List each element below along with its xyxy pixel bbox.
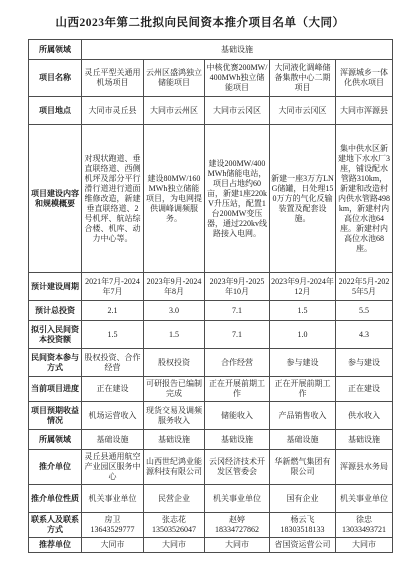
- table-row-promoting-unit-type: 推介单位性质 机关事业单位 民营企业 机关事业单位 国有企业 机关事业单位: [29, 485, 393, 513]
- promoting-unit-type-cell: 国有企业: [270, 485, 336, 513]
- scope-cell: 新建一座3万方LNG储罐，日处理150万方的气化反输装置及配套设施。: [270, 125, 336, 273]
- contact-cell: 张志花 13503526047: [144, 513, 205, 538]
- period-cell: 2023年9月-2024年12月: [270, 273, 336, 301]
- expected-revenue-cell: 现货交易及调频服务收入: [144, 402, 205, 430]
- document-page: 山西2023年第二批拟向民间资本推介项目名单（大同） 所属领域 基础设施 项目名…: [0, 0, 400, 553]
- promoting-unit-cell: 云冈经济技术开发区管委会: [205, 450, 270, 485]
- recommending-unit-cell: 大同市: [144, 538, 205, 553]
- scope-cell: 建设80MW/160MWh独立储能项目，为电网提供调峰调频服务。: [144, 125, 205, 273]
- location-cell: 大同市浑源县: [336, 97, 393, 125]
- table-row-private-capital: 拟引入民间资本投资额 1.5 1.5 7.1 1.0 4.3: [29, 321, 393, 349]
- private-capital-cell: 1.5: [82, 321, 144, 349]
- contact-cell: 杨云飞 18303518133: [270, 513, 336, 538]
- promoting-unit-type-cell: 机关事业单位: [205, 485, 270, 513]
- expected-revenue-cell: 供水收入: [336, 402, 393, 430]
- project-name-cell: 灵丘平型关通用机场项目: [82, 60, 144, 97]
- private-capital-cell: 1.0: [270, 321, 336, 349]
- table-row-contact: 联系人及联系方式 房卫 13643529777 张志花 13503526047 …: [29, 513, 393, 538]
- row-header-project-name: 项目名称: [29, 60, 82, 97]
- promoting-unit-cell: 山西世纪鸿业能源科技有限公司: [144, 450, 205, 485]
- location-cell: 大同市云州区: [144, 97, 205, 125]
- promoting-unit-cell: 浑源县水务局: [336, 450, 393, 485]
- row-header-location: 项目地点: [29, 97, 82, 125]
- location-cell: 大同市云冈区: [270, 97, 336, 125]
- total-investment-cell: 5.5: [336, 301, 393, 321]
- period-cell: 2023年9月-2025年10月: [205, 273, 270, 301]
- recommending-unit-cell: 大同市: [82, 538, 144, 553]
- row-header-promoting-unit: 推介单位: [29, 450, 82, 485]
- progress-cell: 正在建设: [82, 377, 144, 402]
- row-header-participation-mode: 民间资本参与方式: [29, 349, 82, 377]
- expected-revenue-cell: 储能收入: [205, 402, 270, 430]
- promoting-unit-cell: 华新燃气集团有限公司: [270, 450, 336, 485]
- row-header-total-investment: 预计总投资: [29, 301, 82, 321]
- project-name-cell: 浑源城乡一体化供水项目: [336, 60, 393, 97]
- contact-name: 徐忠: [337, 515, 391, 525]
- period-cell: 2021年7月-2024年7月: [82, 273, 144, 301]
- project-table: 所属领域 基础设施 项目名称 灵丘平型关通用机场项目 云州区盛鸿独立储能项目 中…: [28, 39, 393, 553]
- sector-cell: 基础设施: [144, 430, 205, 450]
- progress-cell: 正在开展前期工作: [205, 377, 270, 402]
- scope-cell: 对现状跑道、垂直联络道、西侧机坪及部分平行滑行道进行道面维修改造，新建垂直联络道…: [82, 125, 144, 273]
- table-row-recommending-unit: 推荐单位 大同市 大同市 大同市 省国资运营公司 大同市: [29, 538, 393, 553]
- contact-cell: 徐忠 13033493721: [336, 513, 393, 538]
- contact-name: 赵婷: [206, 515, 268, 525]
- contact-phone: 13033493721: [337, 525, 391, 535]
- table-row-scope: 项目建设内容和规模概要 对现状跑道、垂直联络道、西侧机坪及部分平行滑行道进行道面…: [29, 125, 393, 273]
- table-row-total-investment: 预计总投资 2.1 3.0 7.1 1.5 5.5: [29, 301, 393, 321]
- promoting-unit-cell: 灵丘县通用航空 产业园区服务中心: [82, 450, 144, 485]
- contact-name: 张志花: [145, 515, 203, 525]
- participation-mode-cell: 股权投资: [144, 349, 205, 377]
- table-row-location: 项目地点 大同市灵丘县 大同市云州区 大同市云冈区 大同市云冈区 大同市浑源县: [29, 97, 393, 125]
- recommending-unit-cell: 大同市: [336, 538, 393, 553]
- location-cell: 大同市灵丘县: [82, 97, 144, 125]
- sector-cell: 基础设施: [82, 430, 144, 450]
- project-name-cell: 大同液化调峰储备集散中心二期项目: [270, 60, 336, 97]
- page-title: 山西2023年第二批拟向民间资本推介项目名单（大同）: [0, 14, 400, 30]
- table-row-project-name: 项目名称 灵丘平型关通用机场项目 云州区盛鸿独立储能项目 中核优赛200MW/4…: [29, 60, 393, 97]
- row-header-progress: 当前项目进度: [29, 377, 82, 402]
- recommending-unit-cell: 大同市: [205, 538, 270, 553]
- private-capital-cell: 4.3: [336, 321, 393, 349]
- table-row-sector-top: 所属领域 基础设施: [29, 40, 393, 60]
- table-row-period: 预计建设周期 2021年7月-2024年7月 2023年9月-2024年8月 2…: [29, 273, 393, 301]
- contact-phone: 18334727862: [206, 525, 268, 535]
- scope-cell: 集中供水区新建地下水水厂3座，铺设配水管路310km，新建和改造村内供水管路49…: [336, 125, 393, 273]
- scope-cell: 建设200MW/400MWh储能电站，项目占地约60亩，新建1座220kV升压站…: [205, 125, 270, 273]
- progress-cell: 正在开展前期工作: [270, 377, 336, 402]
- period-cell: 2022年5月-2025年5月: [336, 273, 393, 301]
- period-cell: 2023年9月-2024年8月: [144, 273, 205, 301]
- project-name-cell: 中核优赛200MW/400MWh独立储能项目: [205, 60, 270, 97]
- table-row-promoting-unit: 推介单位 灵丘县通用航空 产业园区服务中心 山西世纪鸿业能源科技有限公司 云冈经…: [29, 450, 393, 485]
- row-header-sector-2: 所属领域: [29, 430, 82, 450]
- table-row-sector-bottom: 所属领域 基础设施 基础设施 基础设施 基础设施 基础设施: [29, 430, 393, 450]
- private-capital-cell: 7.1: [205, 321, 270, 349]
- sector-span-cell: 基础设施: [82, 40, 393, 60]
- row-header-private-capital-amount: 拟引入民间资本投资额: [29, 321, 82, 349]
- contact-phone: 13503526047: [145, 525, 203, 535]
- contact-cell: 赵婷 18334727862: [205, 513, 270, 538]
- row-header-scope: 项目建设内容和规模概要: [29, 125, 82, 273]
- row-header-contact: 联系人及联系方式: [29, 513, 82, 538]
- promoting-unit-type-cell: 机关事业单位: [82, 485, 144, 513]
- progress-cell: 可研报告已编制完成: [144, 377, 205, 402]
- total-investment-cell: 2.1: [82, 301, 144, 321]
- participation-mode-cell: 参与建设: [270, 349, 336, 377]
- table-row-expected-revenue: 项目预期收益情况 机场运营收入 现货交易及调频服务收入 储能收入 产品销售收入 …: [29, 402, 393, 430]
- row-header-expected-revenue: 项目预期收益情况: [29, 402, 82, 430]
- recommending-unit-cell: 省国资运营公司: [270, 538, 336, 553]
- progress-cell: 正在建设: [336, 377, 393, 402]
- participation-mode-cell: 合作经营: [205, 349, 270, 377]
- expected-revenue-cell: 机场运营收入: [82, 402, 144, 430]
- participation-mode-cell: 参与建设: [336, 349, 393, 377]
- table-row-participation-mode: 民间资本参与方式 股权投资、合作经营 股权投资 合作经营 参与建设 参与建设: [29, 349, 393, 377]
- contact-name: 杨云飞: [271, 515, 334, 525]
- row-header-recommending-unit: 推荐单位: [29, 538, 82, 553]
- table-row-progress: 当前项目进度 正在建设 可研报告已编制完成 正在开展前期工作 正在开展前期工作 …: [29, 377, 393, 402]
- promoting-unit-type-cell: 民营企业: [144, 485, 205, 513]
- location-cell: 大同市云冈区: [205, 97, 270, 125]
- sector-cell: 基础设施: [270, 430, 336, 450]
- total-investment-cell: 7.1: [205, 301, 270, 321]
- total-investment-cell: 1.5: [270, 301, 336, 321]
- contact-cell: 房卫 13643529777: [82, 513, 144, 538]
- row-header-sector: 所属领域: [29, 40, 82, 60]
- promoting-unit-type-cell: 机关事业单位: [336, 485, 393, 513]
- sector-cell: 基础设施: [336, 430, 393, 450]
- contact-phone: 18303518133: [271, 525, 334, 535]
- project-name-cell: 云州区盛鸿独立储能项目: [144, 60, 205, 97]
- row-header-construction-period: 预计建设周期: [29, 273, 82, 301]
- expected-revenue-cell: 产品销售收入: [270, 402, 336, 430]
- private-capital-cell: 1.5: [144, 321, 205, 349]
- total-investment-cell: 3.0: [144, 301, 205, 321]
- contact-name: 房卫: [83, 515, 142, 525]
- row-header-promoting-unit-type: 推介单位性质: [29, 485, 82, 513]
- contact-phone: 13643529777: [83, 525, 142, 535]
- participation-mode-cell: 股权投资、合作经营: [82, 349, 144, 377]
- sector-cell: 基础设施: [205, 430, 270, 450]
